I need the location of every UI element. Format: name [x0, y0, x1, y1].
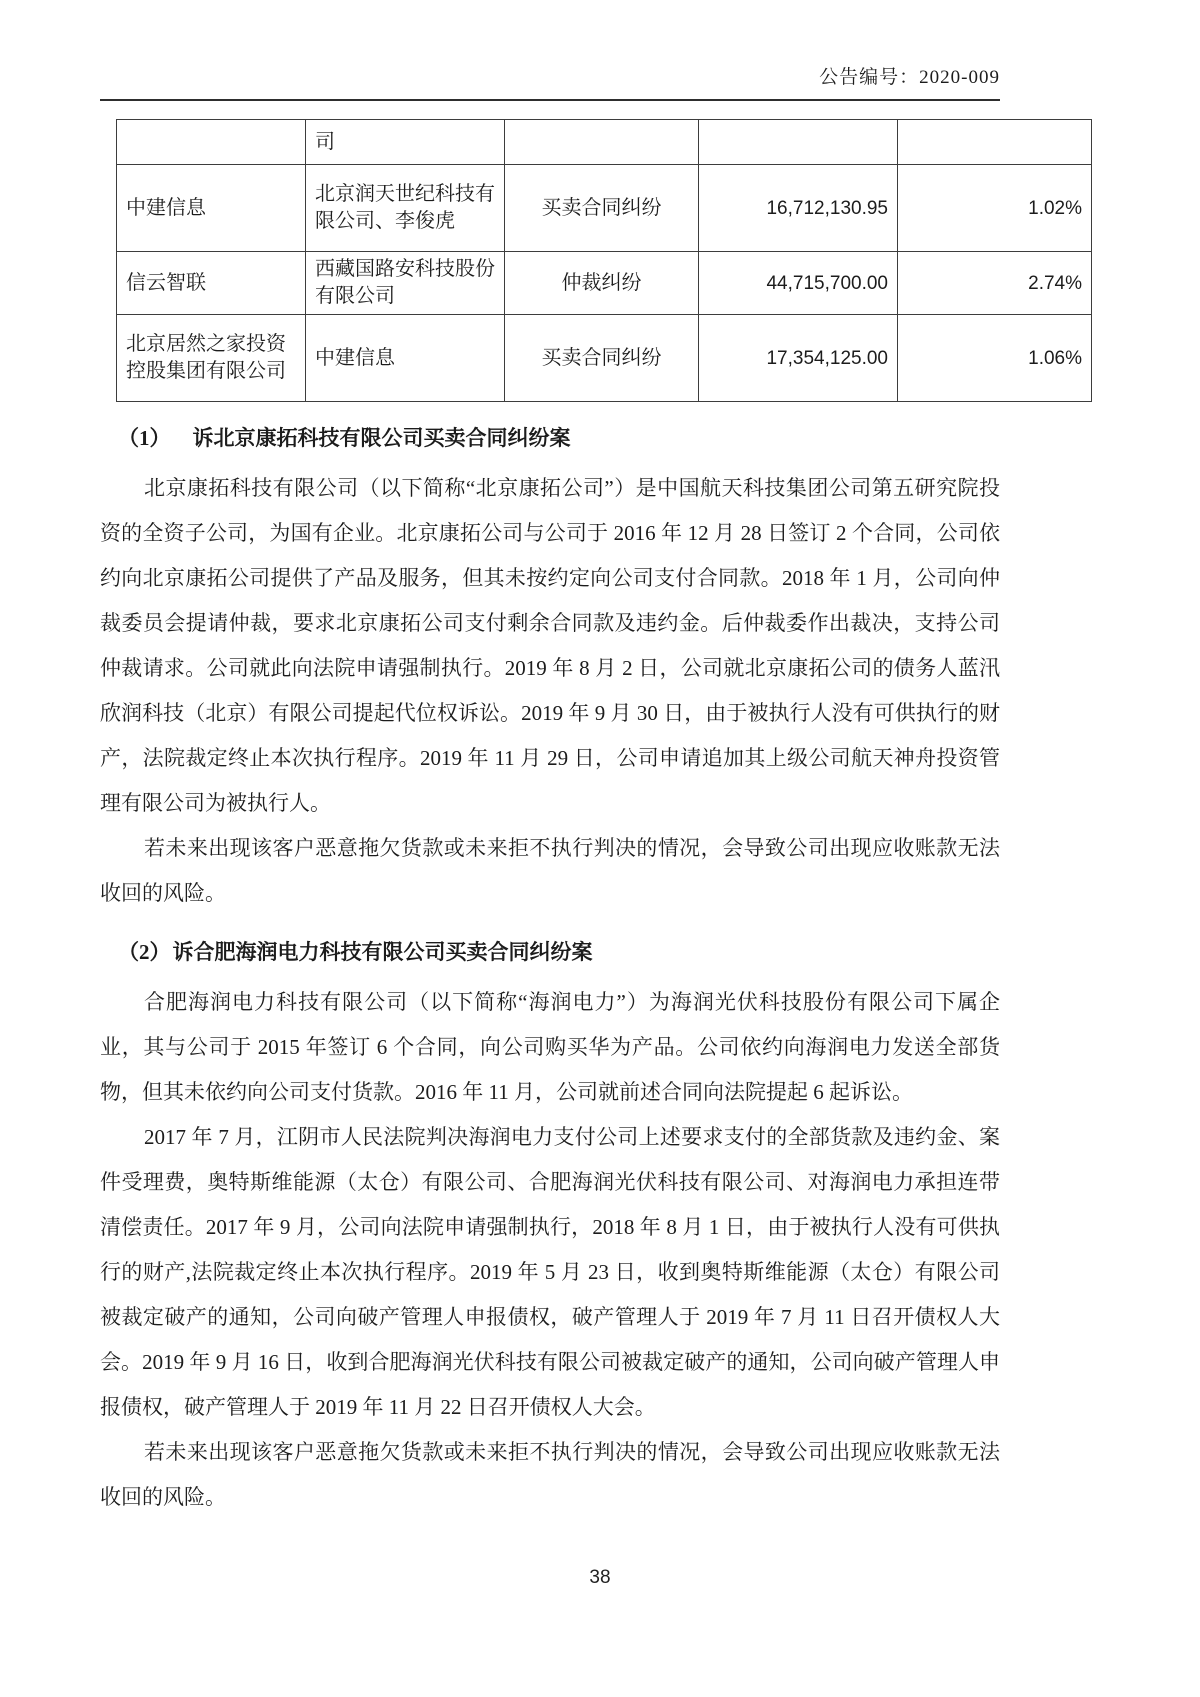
section1-heading-number: （1）	[118, 426, 171, 450]
section2-paragraph-1: 合肥海润电力科技有限公司（以下简称“海润电力”）为海润光伏科技股份有限公司下属企…	[100, 980, 1000, 1115]
table-cell	[699, 120, 898, 165]
document-page: 公告编号：2020-009 司 中建信息 北京润天世纪科技有限公司、李俊虎 买卖…	[0, 0, 1200, 1697]
table-cell: 44,715,700.00	[699, 252, 898, 315]
table-cell: 17,354,125.00	[699, 315, 898, 402]
section1-heading: （1）诉北京康拓科技有限公司买卖合同纠纷案	[118, 422, 1000, 452]
table-cell: 中建信息	[306, 315, 505, 402]
header-divider	[100, 99, 1000, 101]
table-cell: 2.74%	[898, 252, 1092, 315]
litigation-table: 司 中建信息 北京润天世纪科技有限公司、李俊虎 买卖合同纠纷 16,712,13…	[116, 119, 1092, 402]
table-cell: 买卖合同纠纷	[505, 165, 699, 252]
content-area: 公告编号：2020-009 司 中建信息 北京润天世纪科技有限公司、李俊虎 买卖…	[100, 0, 1000, 1520]
table-cell: 北京润天世纪科技有限公司、李俊虎	[306, 165, 505, 252]
table-cell: 1.06%	[898, 315, 1092, 402]
announcement-number: 公告编号：2020-009	[100, 0, 1000, 89]
section1-paragraph-1: 北京康拓科技有限公司（以下简称“北京康拓公司”）是中国航天科技集团公司第五研究院…	[100, 466, 1000, 826]
table-cell: 中建信息	[117, 165, 306, 252]
section2-paragraph-2: 2017 年 7 月，江阴市人民法院判决海润电力支付公司上述要求支付的全部货款及…	[100, 1115, 1000, 1430]
table-row: 中建信息 北京润天世纪科技有限公司、李俊虎 买卖合同纠纷 16,712,130.…	[117, 165, 1092, 252]
table-cell	[117, 120, 306, 165]
table-cell: 1.02%	[898, 165, 1092, 252]
section2-heading: （2）诉合肥海润电力科技有限公司买卖合同纠纷案	[118, 936, 1000, 966]
section2-heading-title: 诉合肥海润电力科技有限公司买卖合同纠纷案	[173, 940, 593, 964]
section1-heading-title: 诉北京康拓科技有限公司买卖合同纠纷案	[193, 426, 571, 450]
section2-heading-number: （2）	[118, 940, 171, 964]
table-cell: 信云智联	[117, 252, 306, 315]
table-cell: 买卖合同纠纷	[505, 315, 699, 402]
table-cell	[898, 120, 1092, 165]
table-cell	[505, 120, 699, 165]
section1-risk-paragraph: 若未来出现该客户恶意拖欠货款或未来拒不执行判决的情况，会导致公司出现应收账款无法…	[100, 826, 1000, 916]
section2-risk-paragraph: 若未来出现该客户恶意拖欠货款或未来拒不执行判决的情况，会导致公司出现应收账款无法…	[100, 1430, 1000, 1520]
table-cell: 仲裁纠纷	[505, 252, 699, 315]
table-cell: 司	[306, 120, 505, 165]
table-cell: 西藏国路安科技股份有限公司	[306, 252, 505, 315]
table-cell: 16,712,130.95	[699, 165, 898, 252]
table-row: 北京居然之家投资控股集团有限公司 中建信息 买卖合同纠纷 17,354,125.…	[117, 315, 1092, 402]
table-row: 司	[117, 120, 1092, 165]
table-row: 信云智联 西藏国路安科技股份有限公司 仲裁纠纷 44,715,700.00 2.…	[117, 252, 1092, 315]
table-cell: 北京居然之家投资控股集团有限公司	[117, 315, 306, 402]
page-number: 38	[0, 1567, 1200, 1589]
